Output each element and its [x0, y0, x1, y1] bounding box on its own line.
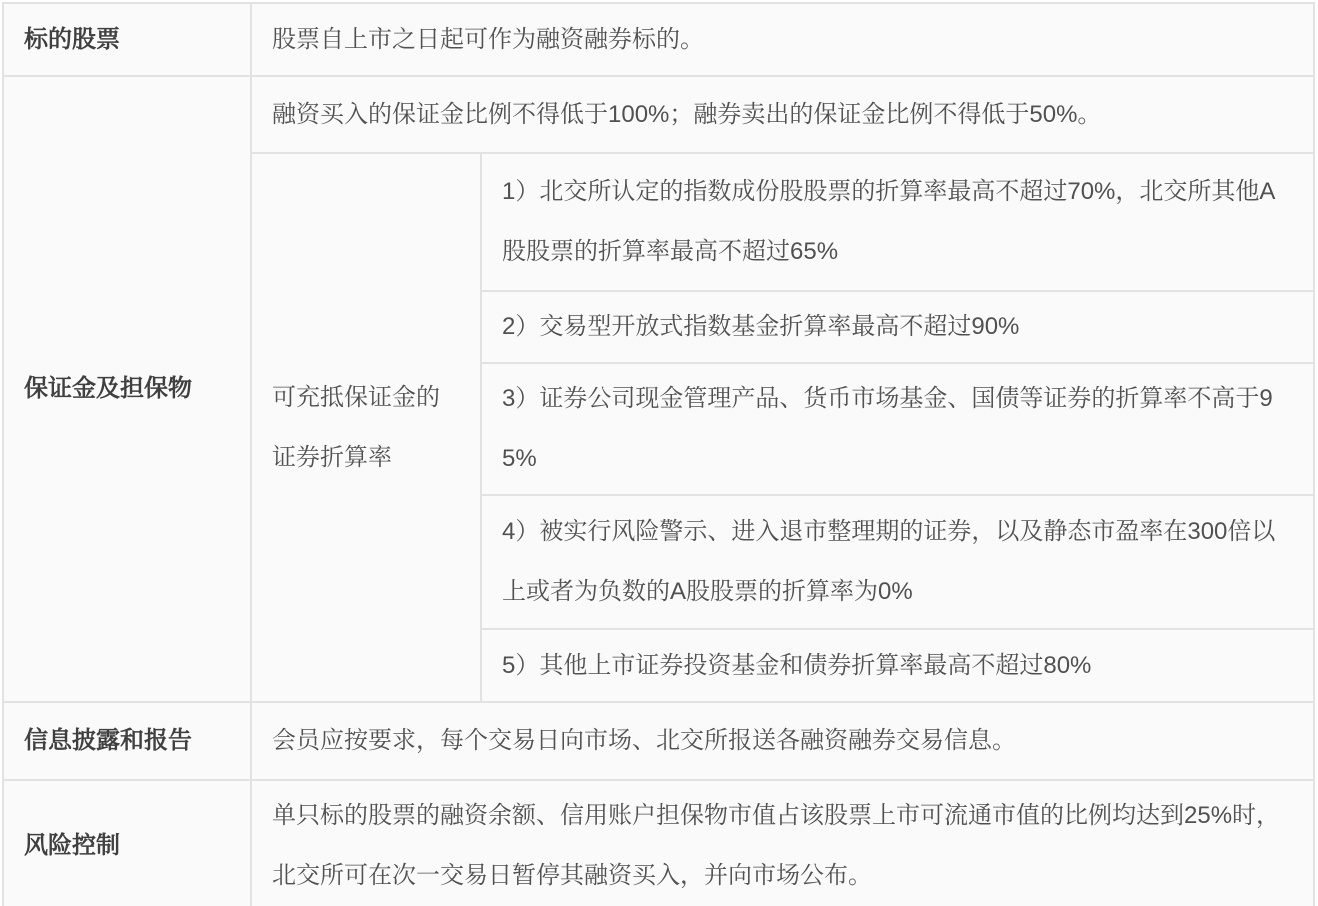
margin-ratio-rule: 融资买入的保证金比例不得低于100%；融券卖出的保证金比例不得低于50%。 — [251, 76, 1314, 153]
table-row: 保证金及担保物 融资买入的保证金比例不得低于100%；融券卖出的保证金比例不得低… — [3, 76, 1314, 153]
row-label-subject-stock: 标的股票 — [3, 3, 251, 76]
disclosure-content: 会员应按要求，每个交易日向市场、北交所报送各融资融券交易信息。 — [251, 702, 1314, 780]
row-label-disclosure: 信息披露和报告 — [3, 702, 251, 780]
haircut-rate-label: 可充抵保证金的证券折算率 — [251, 153, 481, 702]
risk-control-content: 单只标的股票的融资余额、信用账户担保物市值占该股票上市可流通市值的比例均达到25… — [251, 780, 1314, 906]
margin-trading-rules-table: 标的股票 股票自上市之日起可作为融资融券标的。 保证金及担保物 融资买入的保证金… — [2, 2, 1315, 906]
haircut-item-4: 4）被实行风险警示、进入退市整理期的证券，以及静态市盈率在300倍以上或者为负数… — [481, 495, 1314, 629]
table-row: 风险控制 单只标的股票的融资余额、信用账户担保物市值占该股票上市可流通市值的比例… — [3, 780, 1314, 906]
subject-stock-content: 股票自上市之日起可作为融资融券标的。 — [251, 3, 1314, 76]
haircut-item-3: 3）证券公司现金管理产品、货币市场基金、国债等证券的折算率不高于95% — [481, 363, 1314, 495]
haircut-item-2: 2）交易型开放式指数基金折算率最高不超过90% — [481, 291, 1314, 363]
page: 标的股票 股票自上市之日起可作为融资融券标的。 保证金及担保物 融资买入的保证金… — [0, 0, 1318, 906]
table-row: 标的股票 股票自上市之日起可作为融资融券标的。 — [3, 3, 1314, 76]
haircut-item-5: 5）其他上市证券投资基金和债券折算率最高不超过80% — [481, 629, 1314, 702]
row-label-risk-control: 风险控制 — [3, 780, 251, 906]
haircut-item-1: 1）北交所认定的指数成份股股票的折算率最高不超过70%，北交所其他A股股票的折算… — [481, 153, 1314, 291]
table-row: 信息披露和报告 会员应按要求，每个交易日向市场、北交所报送各融资融券交易信息。 — [3, 702, 1314, 780]
row-label-margin-collateral: 保证金及担保物 — [3, 76, 251, 702]
